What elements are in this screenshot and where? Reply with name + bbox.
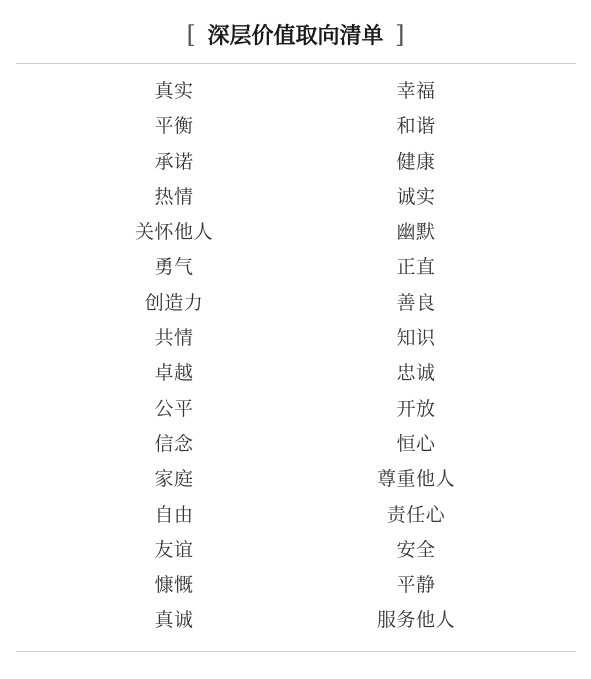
value-item-left: 慷慨 xyxy=(74,568,274,603)
value-item-left: 信念 xyxy=(74,427,274,462)
list-row: 慷慨 平静 xyxy=(0,568,591,603)
list-row: 创造力 善良 xyxy=(0,286,591,321)
value-item-left: 承诺 xyxy=(74,145,274,180)
list-row: 承诺 健康 xyxy=(0,145,591,180)
title-open-bracket: [ xyxy=(182,21,199,49)
value-item-right: 和谐 xyxy=(316,109,516,144)
top-divider xyxy=(16,63,576,64)
value-item-left: 家庭 xyxy=(74,462,274,497)
value-item-right: 开放 xyxy=(316,392,516,427)
value-item-right: 正直 xyxy=(316,250,516,285)
title-close-bracket: ] xyxy=(391,21,408,49)
list-row: 勇气 正直 xyxy=(0,250,591,285)
value-item-right: 责任心 xyxy=(316,498,516,533)
value-item-right: 服务他人 xyxy=(316,603,516,638)
list-row: 家庭 尊重他人 xyxy=(0,462,591,497)
value-item-left: 热情 xyxy=(74,180,274,215)
list-row: 关怀他人 幽默 xyxy=(0,215,591,250)
value-item-left: 勇气 xyxy=(74,250,274,285)
value-item-right: 尊重他人 xyxy=(316,462,516,497)
list-row: 卓越 忠诚 xyxy=(0,356,591,391)
value-item-right: 幸福 xyxy=(316,74,516,109)
value-item-left: 真实 xyxy=(74,74,274,109)
value-item-right: 恒心 xyxy=(316,427,516,462)
value-item-left: 关怀他人 xyxy=(74,215,274,250)
value-item-left: 卓越 xyxy=(74,356,274,391)
value-item-left: 创造力 xyxy=(74,286,274,321)
value-item-right: 忠诚 xyxy=(316,356,516,391)
list-row: 自由 责任心 xyxy=(0,498,591,533)
page-title: [ 深层价值取向清单 ] xyxy=(0,20,591,51)
value-item-right: 健康 xyxy=(316,145,516,180)
value-item-right: 安全 xyxy=(316,533,516,568)
value-item-left: 真诚 xyxy=(74,603,274,638)
value-item-left: 共情 xyxy=(74,321,274,356)
value-item-right: 诚实 xyxy=(316,180,516,215)
list-row: 平衡 和谐 xyxy=(0,109,591,144)
value-item-right: 平静 xyxy=(316,568,516,603)
title-text: 深层价值取向清单 xyxy=(207,23,383,49)
value-item-right: 知识 xyxy=(316,321,516,356)
value-item-left: 公平 xyxy=(74,392,274,427)
value-item-left: 自由 xyxy=(74,498,274,533)
list-row: 信念 恒心 xyxy=(0,427,591,462)
list-row: 热情 诚实 xyxy=(0,180,591,215)
values-list: 真实 幸福 平衡 和谐 承诺 健康 热情 诚实 关怀他人 幽默 勇气 正直 创造… xyxy=(0,74,591,639)
list-row: 公平 开放 xyxy=(0,392,591,427)
value-item-right: 幽默 xyxy=(316,215,516,250)
value-item-right: 善良 xyxy=(316,286,516,321)
value-item-left: 友谊 xyxy=(74,533,274,568)
list-row: 真实 幸福 xyxy=(0,74,591,109)
list-row: 真诚 服务他人 xyxy=(0,603,591,638)
bottom-divider xyxy=(16,651,576,652)
value-item-left: 平衡 xyxy=(74,109,274,144)
list-row: 共情 知识 xyxy=(0,321,591,356)
list-row: 友谊 安全 xyxy=(0,533,591,568)
